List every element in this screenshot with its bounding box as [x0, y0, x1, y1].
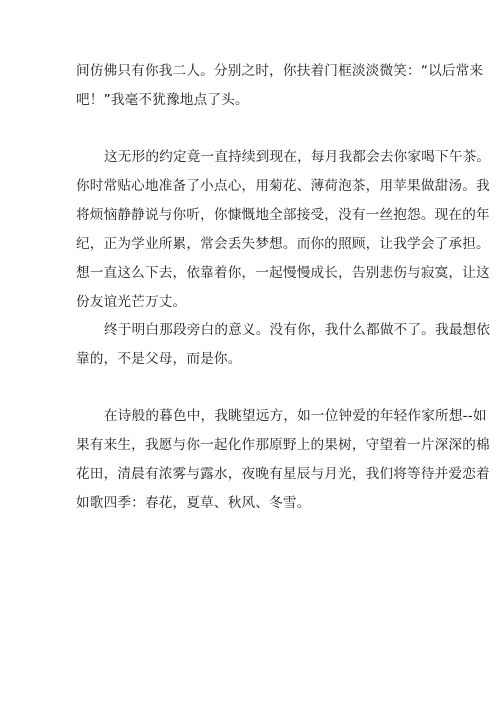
paragraph-4-line-2: 果有来生，我愿与你一起化作那原野上的果树，守望着一片深深的棉 — [76, 437, 436, 453]
document-page: 间仿佛只有你我二人。分别之时，你扶着门框淡淡微笑：“以后常来 吧！”我毫不犹豫地… — [0, 0, 500, 707]
paragraph-3-line-1: 终于明白那段旁白的意义。没有你，我什么都做不了。我最想依 — [104, 322, 464, 338]
paragraph-2-line-6: 份友谊光芒万丈。 — [76, 294, 436, 310]
paragraph-2-line-3: 将烦恼静静说与你听，你慷慨地全部接受，没有一丝抱怨。现在的年 — [76, 207, 436, 223]
paragraph-2-line-1: 这无形的约定竟一直持续到现在，每月我都会去你家喝下午茶。 — [104, 149, 464, 165]
paragraph-2-line-2: 你时常贴心地准备了小点心，用菊花、薄荷泡茶，用苹果做甜汤。我 — [76, 178, 436, 194]
paragraph-1-line-2: 吧！”我毫不犹豫地点了头。 — [76, 92, 436, 108]
paragraph-4-line-1: 在诗般的暮色中，我眺望远方，如一位钟爱的年轻作家所想--如 — [104, 408, 464, 424]
paragraph-2-line-4: 纪，正为学业所累，常会丢失梦想。而你的照顾，让我学会了承担。 — [76, 236, 436, 252]
paragraph-4-line-4: 如歌四季：春花，夏草、秋风、冬雪。 — [76, 495, 436, 511]
paragraph-3-line-2: 靠的，不是父母，而是你。 — [76, 351, 436, 367]
paragraph-1-line-1: 间仿佛只有你我二人。分别之时，你扶着门框淡淡微笑：“以后常来 — [76, 63, 436, 79]
paragraph-2-line-5: 想一直这么下去，依靠着你，一起慢慢成长，告别悲伤与寂寞，让这 — [76, 265, 436, 281]
paragraph-4-line-3: 花田，清晨有浓雾与露水，夜晚有星辰与月光，我们将等待并爱恋着 — [76, 466, 436, 482]
